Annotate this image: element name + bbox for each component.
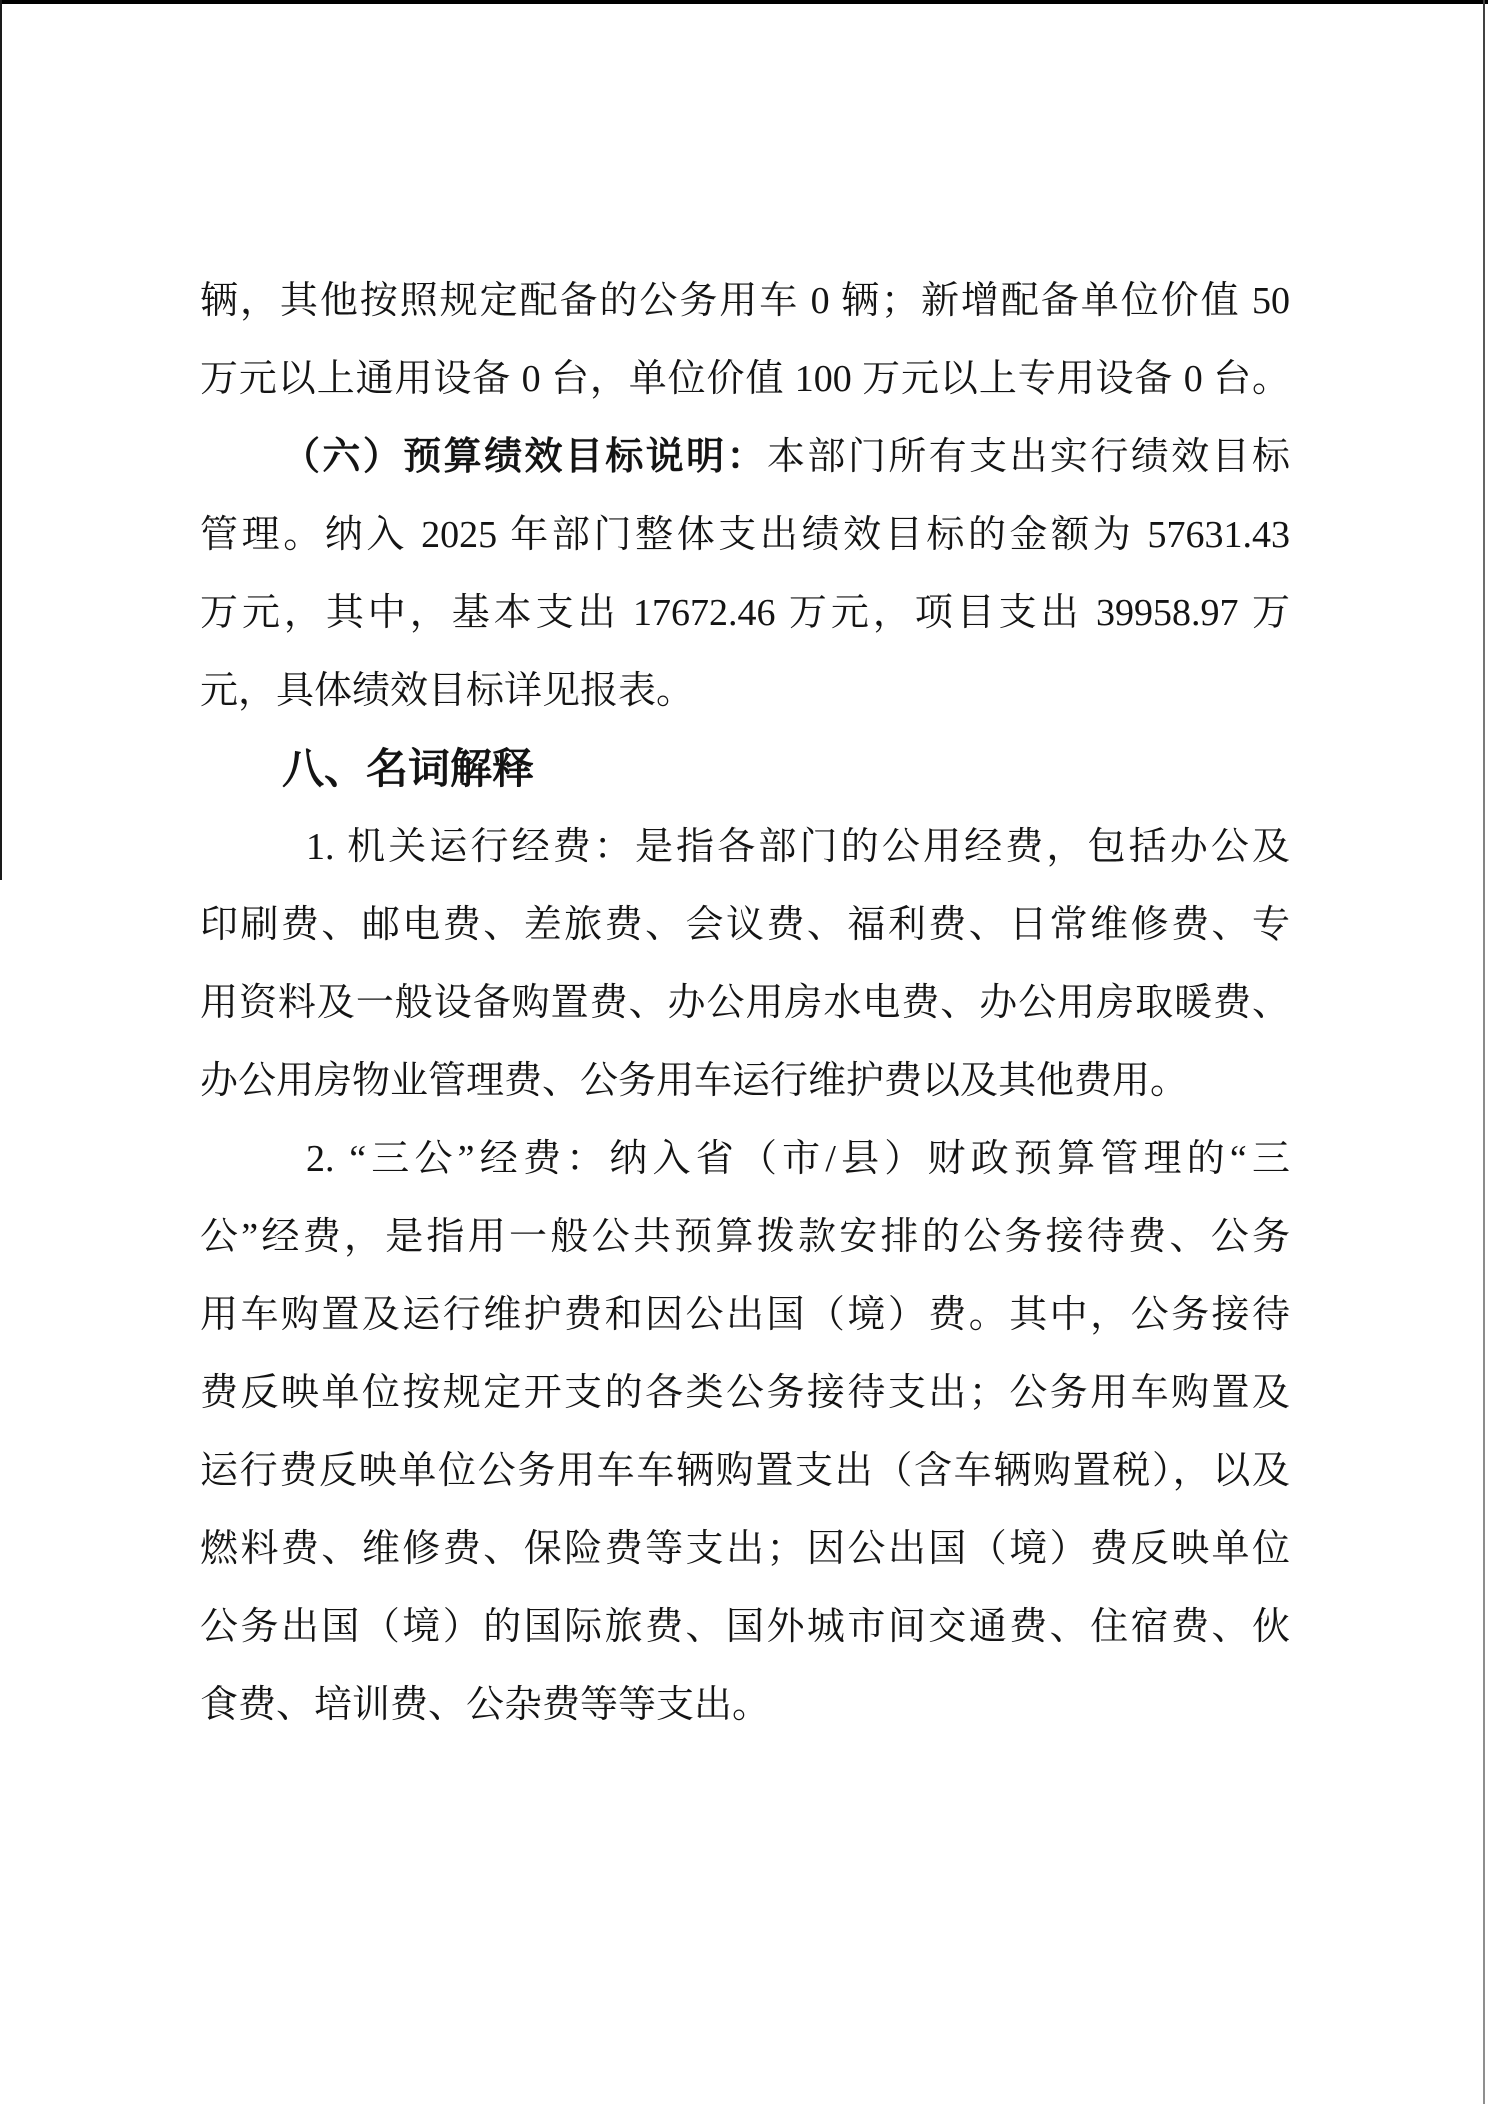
text-line: 辆，其他按照规定配备的公务用车 0 辆；新增配备单位价值 50 bbox=[200, 262, 1290, 340]
text-line: 元，具体绩效目标详见报表。 bbox=[200, 652, 1290, 730]
text-line: 印刷费、邮电费、差旅费、会议费、福利费、日常维修费、专 bbox=[200, 886, 1290, 964]
text-run: 本部门所有支出实行绩效目标 bbox=[767, 436, 1290, 478]
text-line: 万元以上通用设备 0 台，单位价值 100 万元以上专用设备 0 台。 bbox=[200, 340, 1290, 418]
text-line: 燃料费、维修费、保险费等支出；因公出国（境）费反映单位 bbox=[200, 1510, 1290, 1588]
text-line: 办公用房物业管理费、公务用车运行维护费以及其他费用。 bbox=[200, 1042, 1290, 1120]
text-line: 用资料及一般设备购置费、办公用房水电费、办公用房取暖费、 bbox=[200, 964, 1290, 1042]
text-line: （六）预算绩效目标说明：本部门所有支出实行绩效目标 bbox=[200, 418, 1290, 496]
text-block: 辆，其他按照规定配备的公务用车 0 辆；新增配备单位价值 50 万元以上通用设备… bbox=[200, 262, 1290, 1744]
text-line: 管理。纳入 2025 年部门整体支出绩效目标的金额为 57631.43 bbox=[200, 496, 1290, 574]
scan-left-edge bbox=[0, 0, 2, 880]
text-line: 用车购置及运行维护费和因公出国（境）费。其中，公务接待 bbox=[200, 1276, 1290, 1354]
text-line: 费反映单位按规定开支的各类公务接待支出；公务用车购置及 bbox=[200, 1354, 1290, 1432]
text-line: 2. “三公”经费：纳入省（市/县）财政预算管理的“三 bbox=[200, 1120, 1290, 1198]
text-line: 食费、培训费、公杂费等等支出。 bbox=[200, 1666, 1290, 1744]
text-line: 1. 机关运行经费：是指各部门的公用经费，包括办公及 bbox=[200, 808, 1290, 886]
document-page: 辆，其他按照规定配备的公务用车 0 辆；新增配备单位价值 50 万元以上通用设备… bbox=[0, 0, 1488, 2104]
bold-run: （六）预算绩效目标说明： bbox=[282, 436, 767, 478]
text-line: 公务出国（境）的国际旅费、国外城市间交通费、住宿费、伙 bbox=[200, 1588, 1290, 1666]
text-line: 万元，其中，基本支出 17672.46 万元，项目支出 39958.97 万 bbox=[200, 574, 1290, 652]
text-line: 运行费反映单位公务用车车辆购置支出（含车辆购置税），以及 bbox=[200, 1432, 1290, 1510]
section-heading: 八、名词解释 bbox=[200, 730, 1290, 808]
text-line: 公”经费，是指用一般公共预算拨款安排的公务接待费、公务 bbox=[200, 1198, 1290, 1276]
scan-top-edge bbox=[0, 0, 1488, 4]
scan-right-edge bbox=[1483, 0, 1485, 2104]
